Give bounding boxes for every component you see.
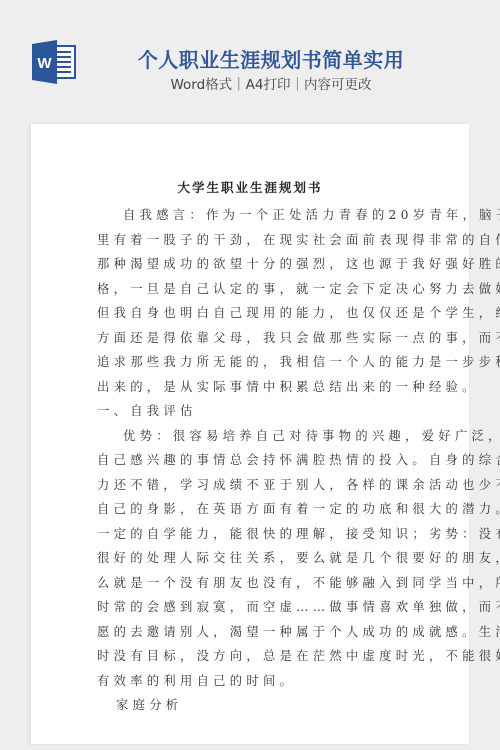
text-line: 自我感言：作为一个正处活力青春的20岁青年，脑子 [97,203,407,228]
text-line: 自己的身影，在英语方面有着一定的功底和很大的潜力。有 [97,497,407,522]
text-line: 里有着一股子的干劲，在现实社会面前表现得非常的自信， [97,228,407,253]
header-banner: W 个人职业生涯规划书简单实用 Word格式｜A4打印｜内容可更改 [0,0,500,120]
text-line: 优势：很容易培养自己对待事物的兴趣，爱好广泛，对 [97,424,407,449]
section-heading: 一、自我评估 [97,399,407,424]
text-line: 自己感兴趣的事情总会持怀满腔热情的投入。自身的综合能 [97,448,407,473]
text-line: 时没有目标，没方向，总是在茫然中虚度时光，不能很好的 [97,644,407,669]
section-heading: 家庭分析 [97,693,407,718]
page-title: 个人职业生涯规划书简单实用 [120,48,422,72]
document-body: 自我感言：作为一个正处活力青春的20岁青年，脑子 里有着一股子的干劲，在现实社会… [97,203,407,718]
document-title: 大学生职业生涯规划书 [31,180,469,196]
page-subtitle: Word格式｜A4打印｜内容可更改 [120,76,422,94]
text-line: 出来的，是从实际事情中积累总结出来的一种经验。 [97,375,407,400]
text-line: 格，一旦是自己认定的事，就一定会下定决心努力去做好。 [97,277,407,302]
text-line: 但我自身也明白自己现用的能力，也仅仅还是个学生，经济 [97,301,407,326]
text-line: 一定的自学能力，能很快的理解，接受知识；劣势：没有能 [97,522,407,547]
text-line: 力还不错，学习成绩不亚于别人，各样的课余活动也少不了 [97,473,407,498]
word-icon: W [31,40,77,84]
text-line: 时常的会感到寂寞，而空虚……做事情喜欢单独做，而不意 [97,595,407,620]
text-line: 么就是一个没有朋友也没有，不能够融入到同学当中，所以 [97,571,407,596]
text-line: 方面还是得依靠父母，我只会做那些实际一点的事，而不去 [97,326,407,351]
text-line: 愿的去邀请别人，渴望一种属于个人成功的成就感。生活有 [97,620,407,645]
text-line: 那种渴望成功的欲望十分的强烈，这也源于我好强好胜的性 [97,252,407,277]
text-line: 很好的处理人际交往关系，要么就是几个很要好的朋友，要 [97,546,407,571]
text-line: 有效率的利用自己的时间。 [97,669,407,694]
svg-text:W: W [37,55,52,72]
document-page: 大学生职业生涯规划书 自我感言：作为一个正处活力青春的20岁青年，脑子 里有着一… [31,124,469,744]
text-line: 追求那些我力所无能的，我相信一个人的能力是一步步积累 [97,350,407,375]
